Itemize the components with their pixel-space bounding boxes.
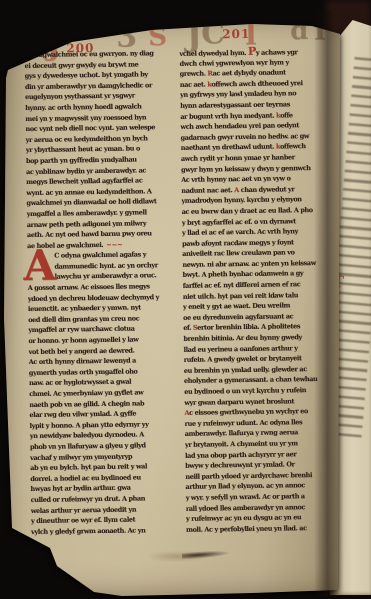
pen-trials: lj3SJCldl [0,16,336,21]
folio-number-right: 201 [222,27,250,41]
gutter-shadow [314,10,344,596]
rubricated-letter: k [276,111,280,119]
pen-trial-mark: S [148,24,167,50]
text-line: ac eu bwrw dan y draet ac eu llad. A pho [182,205,335,218]
rubricated-letter: A [234,186,239,194]
rubricated-letter: k [276,143,280,151]
manuscript-page: lj3SJCldl 200 201 neu agwalchmei oc eu g… [2,18,340,596]
page-content: lj3SJCldl 200 201 neu agwalchmei oc eu g… [0,16,344,599]
rubricated-letter: P [248,46,256,58]
text-column-left: neu agwalchmei oc eu gwrryon. ny diagei … [24,48,184,537]
text-line: vylch y gledyf grwm aonaeth. Ac yn [31,525,184,538]
manuscript-page-wrap: lj3SJCldl 200 201 neu agwalchmei oc eu g… [2,18,340,596]
rubricated-letter: R [207,70,212,78]
drop-cap-initial: A [23,245,56,287]
paragraph-end-flourish: ~~~ [106,240,122,248]
rubricated-letter: A [184,409,189,417]
pen-trial-mark: d [290,18,309,44]
catchword-smudge [146,551,210,562]
rubricated-letter: S [193,324,197,332]
photo-background: { "folio_numbers": { "left": "200", "rig… [0,0,371,599]
rubricated-letter: k [207,80,211,88]
